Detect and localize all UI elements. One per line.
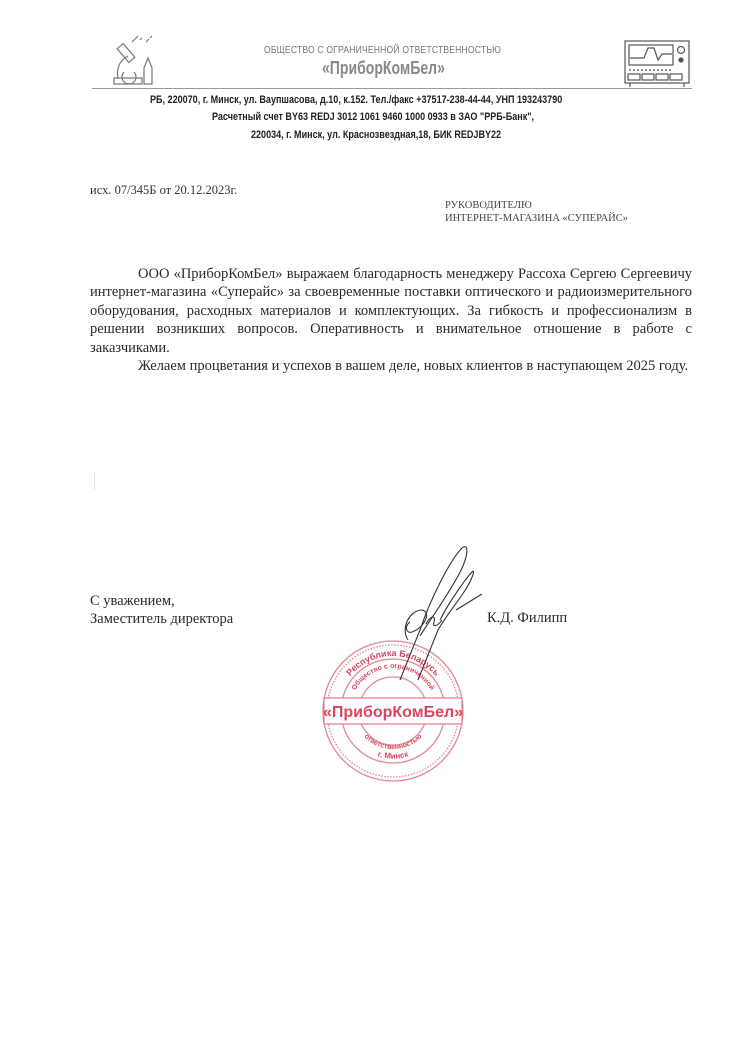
body-paragraph-2: Желаем процветания и успехов в вашем дел… bbox=[90, 357, 692, 375]
addressee-line-1: РУКОВОДИТЕЛЮ bbox=[445, 199, 628, 212]
requisites-line-1: РБ, 220070, г. Минск, ул. Ваупшасова, д.… bbox=[150, 94, 562, 106]
signature-icon bbox=[380, 540, 500, 690]
svg-text:«ПриборКомБел»: «ПриборКомБел» bbox=[323, 704, 463, 721]
company-name: «ПриборКомБел» bbox=[322, 58, 445, 79]
oscilloscope-logo bbox=[624, 40, 690, 88]
header-divider bbox=[92, 88, 692, 89]
outgoing-reference: исх. 07/345Б от 20.12.2023г. bbox=[90, 183, 237, 198]
addressee-line-2: ИНТЕРНЕТ-МАГАЗИНА «СУПЕРАЙС» bbox=[445, 212, 628, 225]
handwritten-signature bbox=[380, 540, 500, 690]
oscilloscope-icon bbox=[624, 40, 690, 88]
body-paragraph-1: ООО «ПриборКомБел» выражаем благодарност… bbox=[90, 265, 692, 357]
closing-block: С уважением, Заместитель директора bbox=[90, 592, 233, 629]
microscope-icon bbox=[104, 32, 160, 88]
requisites-line-3: 220034, г. Минск, ул. Краснозвездная,18,… bbox=[251, 129, 501, 141]
svg-text:ответственностью: ответственностью bbox=[363, 733, 424, 751]
letter-body: ООО «ПриборКомБел» выражаем благодарност… bbox=[90, 265, 692, 375]
microscope-logo bbox=[104, 32, 160, 88]
scan-artifact bbox=[94, 472, 95, 490]
requisites-line-2: Расчетный счет BY63 REDJ 3012 1061 9460 … bbox=[212, 111, 534, 123]
org-form-label: ОБЩЕСТВО С ОГРАНИЧЕННОЙ ОТВЕТСТВЕННОСТЬЮ bbox=[264, 44, 501, 56]
addressee-block: РУКОВОДИТЕЛЮ ИНТЕРНЕТ-МАГАЗИНА «СУПЕРАЙС… bbox=[445, 199, 628, 225]
signer-position: Заместитель директора bbox=[90, 610, 233, 628]
salutation: С уважением, bbox=[90, 592, 233, 610]
